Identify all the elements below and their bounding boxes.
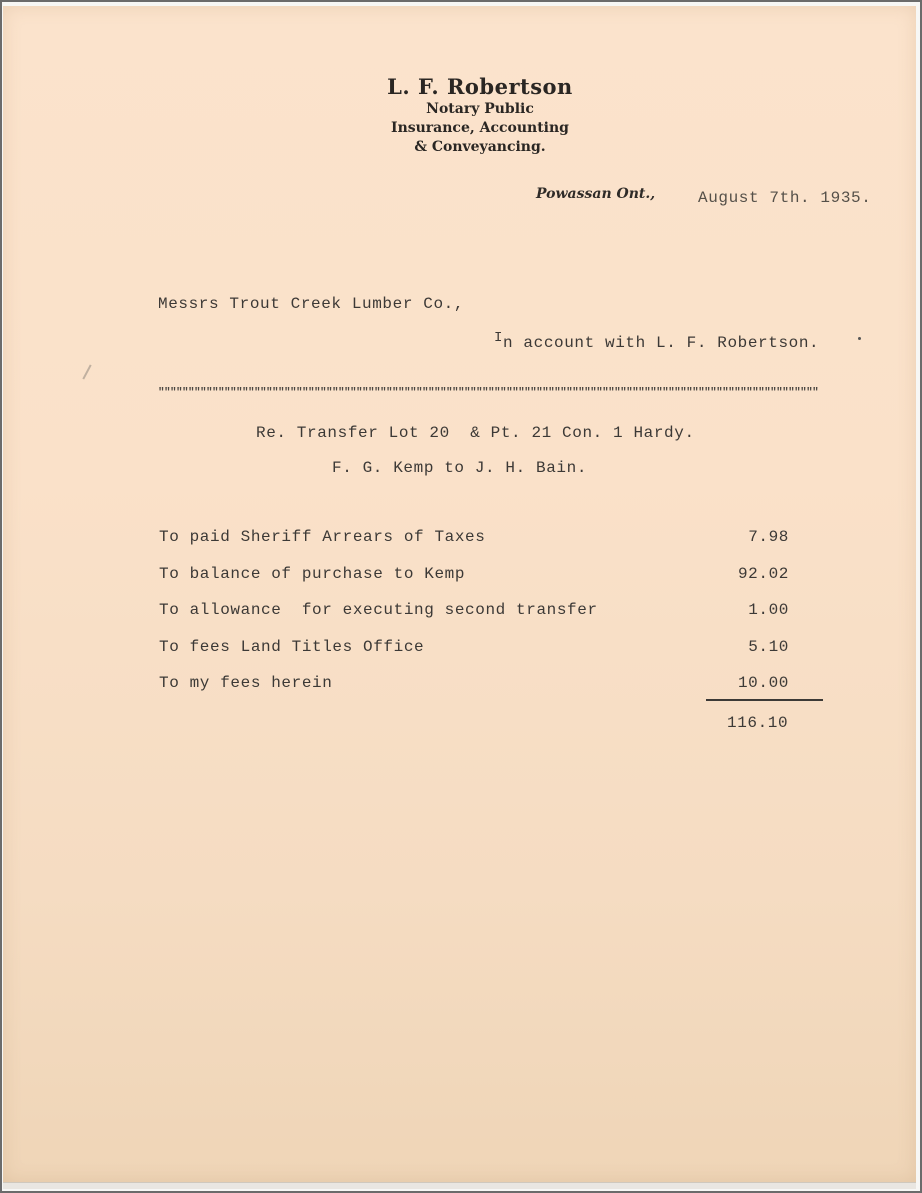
letterhead-services: Insurance, Accounting xyxy=(300,119,660,138)
line-item: To my fees herein 10.00 xyxy=(159,674,799,711)
line-item: To balance of purchase to Kemp 92.02 xyxy=(159,565,799,602)
item-description: To allowance for executing second transf… xyxy=(159,601,598,619)
place: Powassan Ont., xyxy=(536,186,655,202)
separator-line: """"""""""""""""""""""""""""""""""""""""… xyxy=(158,387,858,399)
letterhead-name: L. F. Robertson xyxy=(300,74,660,100)
subtotal-rule xyxy=(706,699,823,701)
date: August 7th. 1935. xyxy=(698,189,871,207)
item-amount: 7.98 xyxy=(748,528,789,546)
letterhead-title: Notary Public xyxy=(300,100,660,119)
letterhead-services-2: & Conveyancing. xyxy=(300,138,660,157)
stray-mark xyxy=(858,337,861,340)
addressee: Messrs Trout Creek Lumber Co., xyxy=(158,295,464,313)
line-item: To allowance for executing second transf… xyxy=(159,601,799,638)
account-line: In account with L. F. Robertson. xyxy=(494,334,819,352)
line-item: To paid Sheriff Arrears of Taxes 7.98 xyxy=(159,528,799,565)
item-description: To my fees herein xyxy=(159,674,332,692)
item-amount: 92.02 xyxy=(738,565,789,583)
line-items: To paid Sheriff Arrears of Taxes 7.98 To… xyxy=(159,528,799,711)
item-amount: 1.00 xyxy=(748,601,789,619)
item-description: To paid Sheriff Arrears of Taxes xyxy=(159,528,485,546)
letterhead: L. F. Robertson Notary Public Insurance,… xyxy=(300,74,660,157)
account-text: n account with L. F. Robertson. xyxy=(503,334,819,352)
reference-line: Re. Transfer Lot 20 & Pt. 21 Con. 1 Hard… xyxy=(256,424,695,442)
line-item: To fees Land Titles Office 5.10 xyxy=(159,638,799,675)
total-amount: 116.10 xyxy=(727,714,788,732)
reference-parties: F. G. Kemp to J. H. Bain. xyxy=(332,459,587,477)
account-initial: I xyxy=(494,330,503,346)
item-description: To fees Land Titles Office xyxy=(159,638,424,656)
page-bottom-edge xyxy=(3,1182,916,1189)
item-amount: 10.00 xyxy=(738,674,789,692)
item-amount: 5.10 xyxy=(748,638,789,656)
item-description: To balance of purchase to Kemp xyxy=(159,565,465,583)
